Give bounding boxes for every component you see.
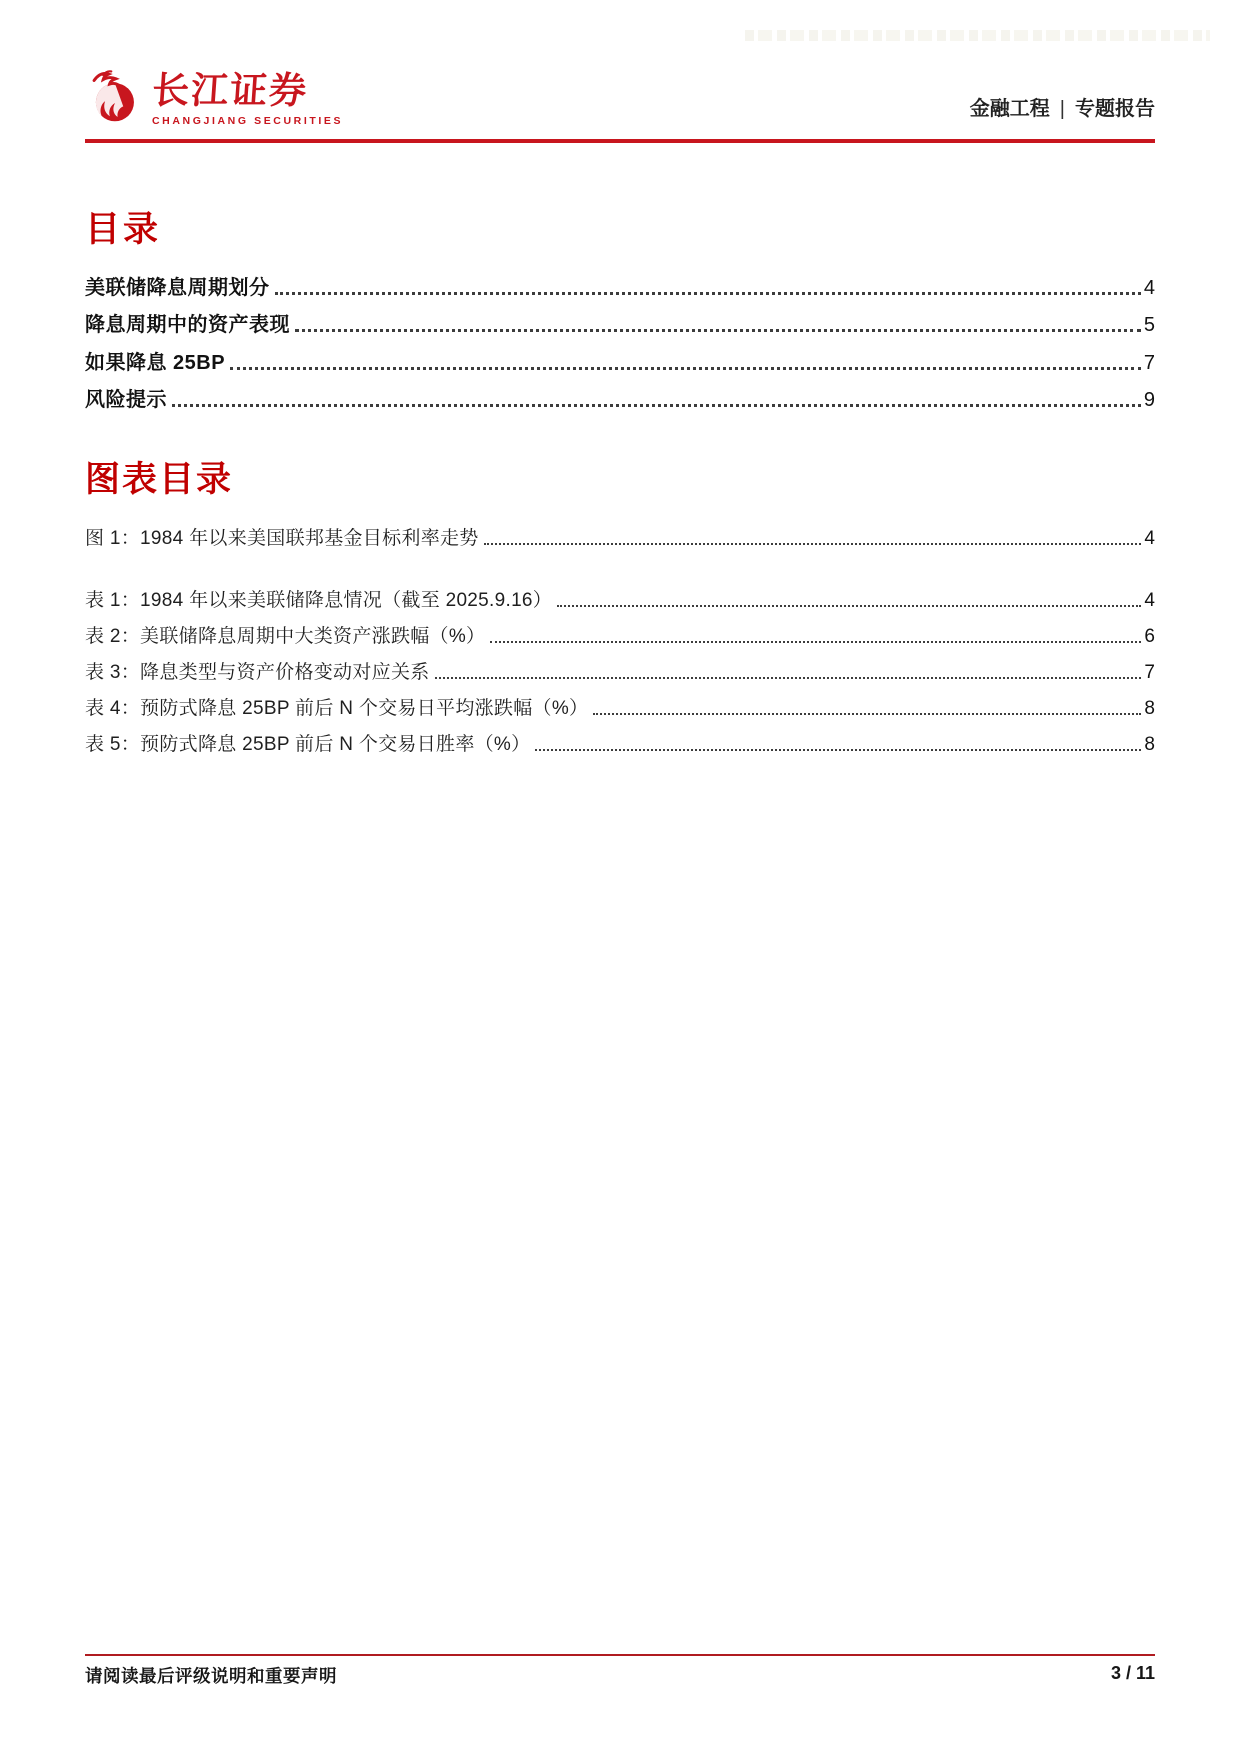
figures-toc-title: 图表目录	[85, 452, 233, 502]
report-category-label: 金融工程|专题报告	[970, 92, 1155, 127]
table-entry-page: 7	[1144, 662, 1155, 685]
changjiang-logo: 长江证券 CHANGJIANG SECURITIES	[85, 66, 343, 127]
table-entry-label: 表 1：1984 年以来美联储降息情况（截至 2025.9.16）	[85, 585, 552, 613]
table-entry-label: 表 5：预防式降息 25BP 前后 N 个交易日胜率（%）	[85, 729, 530, 757]
table-entry-label: 表 2：美联储降息周期中大类资产涨跌幅（%）	[85, 621, 485, 649]
table-entry-page: 4	[1144, 590, 1155, 613]
table-entry-page: 6	[1144, 626, 1155, 649]
faint-watermark	[745, 30, 1210, 41]
changjiang-logo-icon	[85, 66, 143, 124]
dot-leader	[172, 404, 1141, 407]
brand-name-en: CHANGJIANG SECURITIES	[152, 115, 343, 127]
toc-entry-label: 美联储降息周期划分	[85, 271, 270, 301]
footer-disclaimer: 请阅读最后评级说明和重要声明	[85, 1663, 337, 1688]
header-divider-line	[85, 139, 1155, 143]
dot-leader	[275, 292, 1141, 295]
report-type-text: 专题报告	[1075, 98, 1155, 120]
table-entry-page: 8	[1144, 698, 1155, 721]
logo-text: 长江证券 CHANGJIANG SECURITIES	[152, 72, 343, 127]
toc-entry-risk-disclosure[interactable]: 风险提示 9	[85, 376, 1155, 414]
figure-entry-1[interactable]: 图 1：1984 年以来美国联邦基金目标利率走势 4	[85, 515, 1155, 551]
table-entry-2[interactable]: 表 2：美联储降息周期中大类资产涨跌幅（%） 6	[85, 613, 1155, 649]
page-header: 长江证券 CHANGJIANG SECURITIES 金融工程|专题报告	[85, 66, 1155, 127]
toc-entry-page: 5	[1144, 314, 1155, 338]
figures-toc-list: 图 1：1984 年以来美国联邦基金目标利率走势 4 表 1：1984 年以来美…	[85, 515, 1155, 757]
dot-leader	[435, 677, 1142, 679]
table-entry-5[interactable]: 表 5：预防式降息 25BP 前后 N 个交易日胜率（%） 8	[85, 721, 1155, 757]
brand-name-cn: 长江证券	[151, 72, 345, 111]
table-entry-page: 8	[1144, 734, 1155, 757]
dot-leader	[484, 543, 1142, 545]
toc-entry-asset-performance[interactable]: 降息周期中的资产表现 5	[85, 301, 1155, 339]
table-entry-1[interactable]: 表 1：1984 年以来美联储降息情况（截至 2025.9.16） 4	[85, 577, 1155, 613]
dot-leader	[593, 713, 1141, 715]
dot-leader	[535, 749, 1141, 751]
toc-entry-label: 降息周期中的资产表现	[85, 308, 290, 338]
table-entry-3[interactable]: 表 3：降息类型与资产价格变动对应关系 7	[85, 649, 1155, 685]
toc-list: 美联储降息周期划分 4 降息周期中的资产表现 5 如果降息 25BP 7 风险提…	[85, 263, 1155, 413]
toc-entry-label: 风险提示	[85, 383, 167, 413]
dot-leader	[295, 329, 1141, 332]
toc-entry-label: 如果降息 25BP	[85, 346, 225, 376]
dot-leader	[230, 367, 1141, 370]
dot-leader	[490, 641, 1141, 643]
page-number-indicator: 3 / 11	[1111, 1663, 1155, 1684]
figure-entry-label: 图 1：1984 年以来美国联邦基金目标利率走势	[85, 523, 479, 551]
table-entry-4[interactable]: 表 4：预防式降息 25BP 前后 N 个交易日平均涨跌幅（%） 8	[85, 685, 1155, 721]
toc-title: 目录	[85, 202, 161, 252]
report-page: 长江证券 CHANGJIANG SECURITIES 金融工程|专题报告 目录 …	[0, 0, 1240, 1754]
footer-divider-line	[85, 1654, 1155, 1656]
toc-entry-fed-rate-cut-cycles[interactable]: 美联储降息周期划分 4	[85, 263, 1155, 301]
spacer	[85, 551, 1155, 577]
figure-entry-page: 4	[1144, 528, 1155, 551]
category-text: 金融工程	[970, 98, 1050, 120]
table-entry-label: 表 4：预防式降息 25BP 前后 N 个交易日平均涨跌幅（%）	[85, 693, 588, 721]
toc-entry-page: 9	[1144, 389, 1155, 413]
page-footer: 请阅读最后评级说明和重要声明 3 / 11	[85, 1663, 1155, 1688]
toc-entry-if-25bp-cut[interactable]: 如果降息 25BP 7	[85, 338, 1155, 376]
dot-leader	[557, 605, 1141, 607]
table-entry-label: 表 3：降息类型与资产价格变动对应关系	[85, 657, 430, 685]
toc-entry-page: 4	[1144, 277, 1155, 301]
toc-entry-page: 7	[1144, 352, 1155, 376]
category-separator: |	[1050, 98, 1075, 120]
